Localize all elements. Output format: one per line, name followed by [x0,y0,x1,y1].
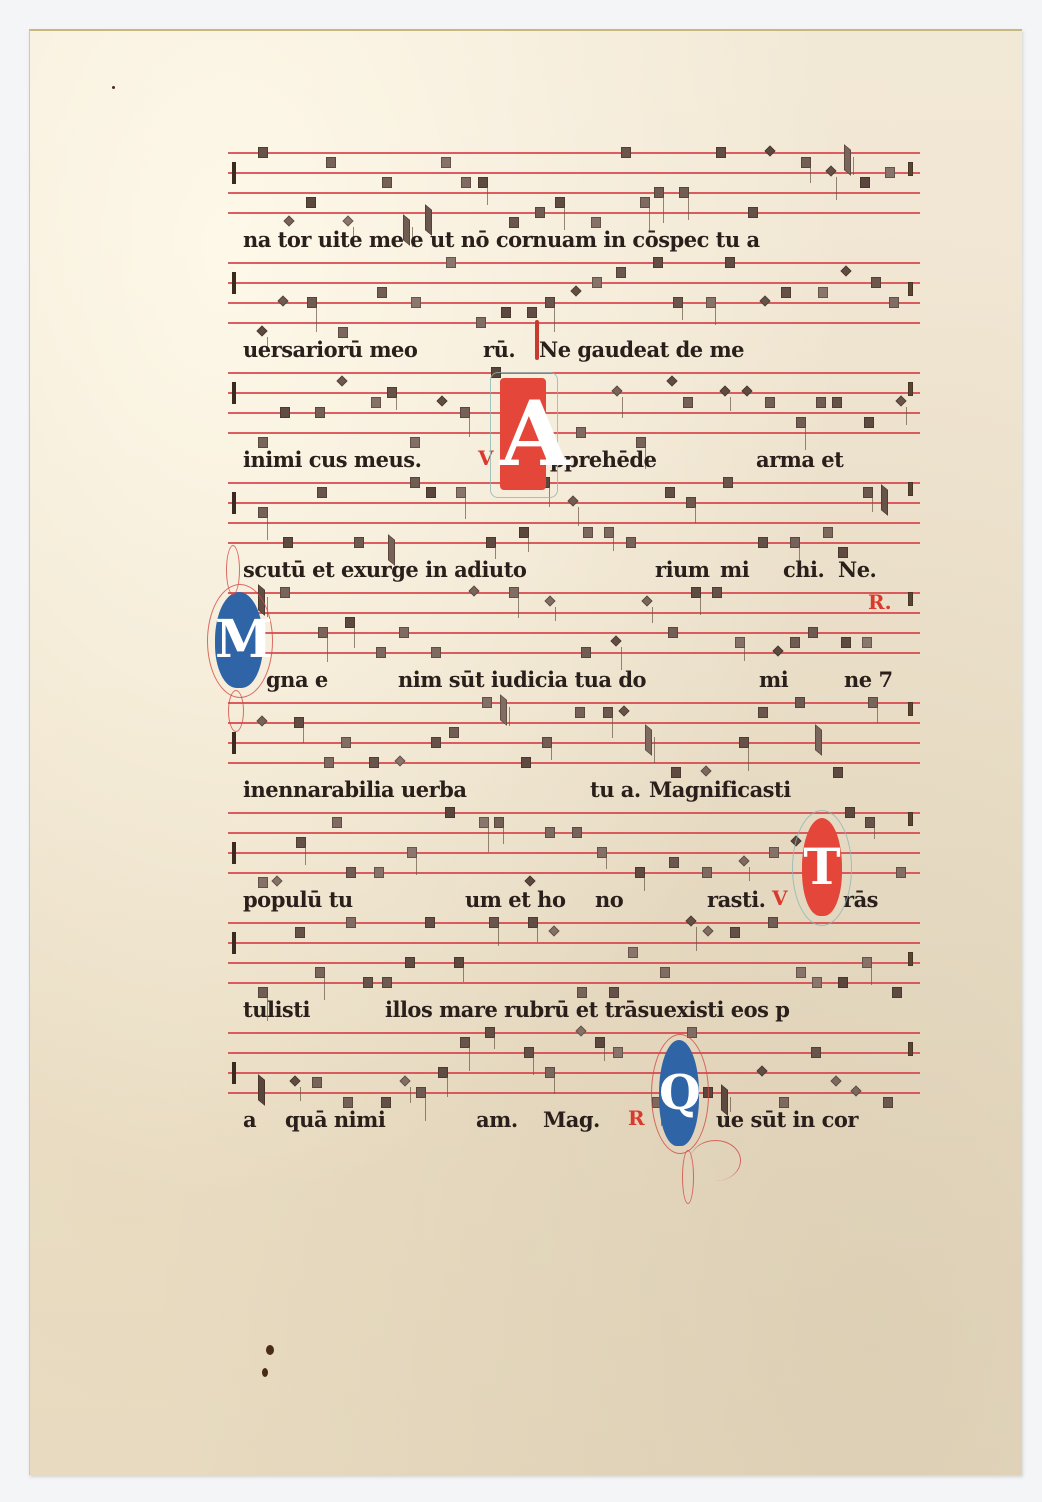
neume-stem [696,927,697,951]
neume-icon [683,397,693,408]
penwork-tail [682,1150,694,1204]
neume-icon [702,925,713,936]
neume-stem [327,637,328,662]
neume-icon [500,694,507,726]
staff-line [228,962,920,964]
neume-stem [730,397,731,411]
neume-icon [741,385,752,396]
neume-stem [874,827,875,839]
neume-stem [469,417,470,437]
neume-icon [592,277,602,288]
lyric-text: Magnificasti [649,775,791,805]
red-cadel-n [535,320,539,360]
neume-stem [316,307,317,332]
neume-icon [446,257,456,268]
neume-icon [324,757,334,768]
neume-stem [354,627,355,648]
lyric-text: illos mare rubrū et trāsuexisti eos p [385,995,789,1025]
neume-icon [431,737,441,748]
staff-line [228,482,920,484]
neume-icon [621,147,631,158]
neume-stem [488,827,489,852]
clef-icon [232,732,236,754]
penwork-flourish [226,545,240,595]
initial-glyph: Q [659,1061,699,1125]
neume-stem [644,877,645,891]
neume-stem [509,707,510,726]
lyric-text: Ne. [838,555,876,585]
neume-icon [326,157,336,168]
neume-stem [469,1047,470,1071]
lyric-text: Mag. [543,1105,600,1135]
neume-stem [606,857,607,869]
neume-icon [572,827,582,838]
neume-icon [845,807,855,818]
neume-icon [626,537,636,548]
neume-icon [346,917,356,928]
staff-line [228,282,920,284]
initial-letter-t: T [802,818,842,916]
neume-icon [889,297,899,308]
staff-line [228,1092,920,1094]
initial-letter-q: Q [659,1040,699,1146]
neume-icon [881,484,888,516]
neume-icon [295,927,305,938]
neume-stem [853,157,854,175]
neume-icon [628,947,638,958]
neume-icon [862,637,872,648]
speck [112,86,115,89]
neume-icon [436,395,447,406]
neume-stem [554,1077,555,1094]
neume-stem [410,1087,411,1103]
staff-line [228,302,920,304]
neume-icon [758,537,768,548]
neume-icon [336,375,347,386]
neume-icon [844,144,851,176]
staff-line [228,172,920,174]
neume-icon [341,737,351,748]
clef-icon [232,1062,236,1084]
neume-icon [280,587,290,598]
neume-icon [382,977,392,988]
neume-stem [612,717,613,738]
responsory-rubric: R. [868,590,892,614]
staff-line [228,432,920,434]
neume-stem [463,967,464,982]
neume-icon [581,647,591,658]
neume-stem [688,197,689,220]
neume-icon [312,1077,322,1088]
versicle-rubric: V [772,886,788,910]
neume-icon [501,307,511,318]
neume-icon [441,157,451,168]
neume-icon [544,595,555,606]
neume-icon [449,727,459,738]
neume-stem [652,607,653,623]
staff-2 [228,262,920,324]
lyric-text: am. [476,1105,518,1135]
lyric-text: inennarabilia uerba [243,775,466,805]
neume-icon [369,757,379,768]
neume-icon [616,267,626,278]
neume-stem [877,707,878,723]
neume-icon [719,385,730,396]
custos-icon [908,162,913,176]
neume-icon [796,967,806,978]
neume-icon [815,724,822,756]
neume-stem [494,1037,495,1049]
staff-line [228,392,920,394]
neume-icon [425,917,435,928]
lyric-text: no [595,885,623,915]
neume-icon [669,857,679,868]
custos-icon [908,282,913,296]
neume-icon [795,697,805,708]
neume-stem [663,197,664,223]
staff-6 [228,702,920,764]
neume-icon [892,987,902,998]
lyric-text: Ne gaudeat de me [539,335,744,365]
staff-line [228,1072,920,1074]
neume-icon [527,307,537,318]
neume-stem [533,1057,534,1075]
responsory-rubric: R [628,1106,645,1130]
neume-icon [860,177,870,188]
neume-icon [756,1065,767,1076]
custos-icon [908,482,913,496]
neume-icon [653,257,663,268]
neume-icon [641,595,652,606]
neume-stem [503,827,504,844]
neume-icon [768,917,778,928]
neume-stem [487,187,488,205]
clef-icon [232,162,236,184]
custos-icon [908,592,913,606]
neume-icon [611,385,622,396]
neume-icon [317,487,327,498]
neume-icon [811,1047,821,1058]
neume-icon [613,1047,623,1058]
neume-stem [700,597,701,615]
neume-icon [426,487,436,498]
staff-line [228,542,920,544]
neume-icon [660,967,670,978]
initial-letter-m: M [215,592,263,688]
neume-icon [405,957,415,968]
neume-icon [618,705,629,716]
neume-icon [885,167,895,178]
neume-stem [324,977,325,1000]
neume-icon [399,627,409,638]
neume-icon [758,707,768,718]
neume-icon [730,927,740,938]
neume-icon [382,177,392,188]
neume-icon [445,807,455,818]
lyric-text: populū tu [243,885,353,915]
neume-stem [416,857,417,875]
penwork-tail [690,1140,741,1181]
neume-icon [374,867,384,878]
neume-icon [765,397,775,408]
neume-icon [476,317,486,328]
staff-line [228,322,920,324]
staff-5 [228,592,920,654]
neume-icon [723,477,733,488]
staff-line [228,262,920,264]
neume-icon [258,1074,265,1106]
staff-line [228,942,920,944]
neume-icon [376,647,386,658]
neume-icon [306,197,316,208]
neume-icon [712,587,722,598]
neume-icon [668,627,678,638]
neume-icon [666,375,677,386]
staff-4 [228,482,920,544]
staff-line [228,412,920,414]
neume-icon [354,537,364,548]
neume-icon [748,207,758,218]
neume-icon [461,177,471,188]
initial-glyph: A [500,402,546,466]
neume-icon [830,1075,841,1086]
lyric-text: na tor uite me e ut nō cornuam in cōspec… [243,225,760,255]
neume-stem [425,1097,426,1121]
clef-icon [232,382,236,404]
neume-stem [267,517,268,540]
neume-icon [738,855,749,866]
neume-icon [482,697,492,708]
lyric-text: ne 7 [844,665,893,695]
neume-icon [575,707,585,718]
neume-icon [840,265,851,276]
neume-icon [838,977,848,988]
neume-icon [864,417,874,428]
neume-stem [744,647,745,661]
neume-icon [332,817,342,828]
neume-stem [682,307,683,320]
neume-icon [545,827,555,838]
neume-icon [315,407,325,418]
staff-line [228,652,920,654]
neume-stem [748,747,749,771]
neume-stem [654,737,655,763]
neume-stem [396,397,397,410]
neume-icon [283,537,293,548]
clef-icon [232,492,236,514]
neume-icon [716,147,726,158]
neume-icon [410,477,420,488]
staff-9 [228,1032,920,1094]
lyric-text: tulisti [243,995,310,1025]
neume-icon [725,257,735,268]
neume-icon [377,287,387,298]
neume-stem [906,407,907,425]
clef-icon [232,272,236,294]
neume-icon [258,147,268,158]
neume-icon [256,715,267,726]
neume-icon [769,847,779,858]
neume-stem [715,307,716,325]
neume-icon [825,165,836,176]
neume-icon [896,867,906,878]
neume-icon [371,397,381,408]
staff-1 [228,152,920,214]
neume-icon [289,1075,300,1086]
staff-line [228,212,920,214]
neume-icon [548,925,559,936]
neume-stem [551,747,552,760]
neume-icon [411,297,421,308]
staff-3 [228,372,920,434]
neume-stem [810,167,811,183]
neume-stem [447,1077,448,1097]
neume-icon [816,397,826,408]
staff-line [228,522,920,524]
neume-stem [872,497,873,512]
neume-icon [790,637,800,648]
neume-icon [871,277,881,288]
neume-icon [399,1075,410,1086]
neume-stem [465,497,466,519]
neume-icon [702,867,712,878]
neume-icon [823,527,833,538]
custos-icon [908,812,913,826]
lyric-text: quā nimi [285,1105,385,1135]
ink-stain [266,1345,274,1355]
lyric-text: tu a. [590,775,641,805]
neume-icon [363,977,373,988]
custos-icon [908,952,913,966]
lyric-text: mi [720,555,749,585]
neume-icon [277,295,288,306]
staff-line [228,372,920,374]
initial-letter-a: A [500,378,546,490]
lyric-text: rasti. [707,885,765,915]
lyric-text: a [243,1105,256,1135]
neume-icon [346,867,356,878]
neume-stem [578,507,579,526]
neume-stem [554,307,555,332]
lyric-text: inimi cus meus. [243,445,421,475]
lyric-text: gna e [266,665,328,695]
custos-icon [908,1042,913,1056]
neume-stem [528,537,529,552]
neume-icon [280,407,290,418]
initial-glyph: M [215,608,263,672]
neume-icon [610,635,621,646]
neume-icon [431,647,441,658]
staff-line [228,152,920,154]
neume-icon [818,287,828,298]
neume-stem [622,397,623,418]
neume-stem [604,1047,605,1061]
neume-stem [613,537,614,551]
neume-icon [808,627,818,638]
lyric-text: rium [655,555,710,585]
neume-stem [836,177,837,200]
neume-icon [781,287,791,298]
neume-stem [555,607,556,621]
custos-icon [908,702,913,716]
initial-glyph: T [802,835,842,899]
lyric-text: um et ho [465,885,565,915]
neume-icon [576,427,586,438]
lyric-text: ue sūt in cor [716,1105,858,1135]
lyric-text: nim sūt iudicia tua do [398,665,646,695]
neume-icon [645,724,652,756]
lyric-text: scutū et exurge in adiuto [243,555,526,585]
neume-stem [749,867,750,881]
staff-line [228,612,920,614]
neume-stem [695,507,696,523]
neume-icon [521,757,531,768]
neume-icon [833,767,843,778]
lyric-text: rū. [483,335,515,365]
neume-icon [841,637,851,648]
neume-stem [498,927,499,946]
staff-8 [228,922,920,984]
staff-line [228,592,920,594]
neume-stem [300,1087,301,1101]
neume-icon [759,295,770,306]
neume-icon [567,495,578,506]
neume-stem [305,847,306,865]
lyric-text: arma et [756,445,843,475]
ink-stain [262,1368,268,1377]
staff-line [228,702,920,704]
neume-icon [535,207,545,218]
custos-icon [908,382,913,396]
neume-icon [665,487,675,498]
lyric-text: uersariorū meo [243,335,417,365]
neume-icon [883,1097,893,1108]
staff-line [228,722,920,724]
neume-stem [518,597,519,618]
neume-icon [832,397,842,408]
staff-line [228,192,920,194]
penwork-flourish [228,690,244,732]
lyric-text: chi. [783,555,824,585]
neume-stem [537,927,538,942]
clef-icon [232,842,236,864]
neume-stem [303,727,304,743]
lyric-text: mi [759,665,788,695]
neume-stem [871,967,872,985]
neume-icon [895,395,906,406]
staff-line [228,1032,920,1034]
neume-icon [812,977,822,988]
neume-icon [570,285,581,296]
clef-icon [232,932,236,954]
neume-icon [583,527,593,538]
